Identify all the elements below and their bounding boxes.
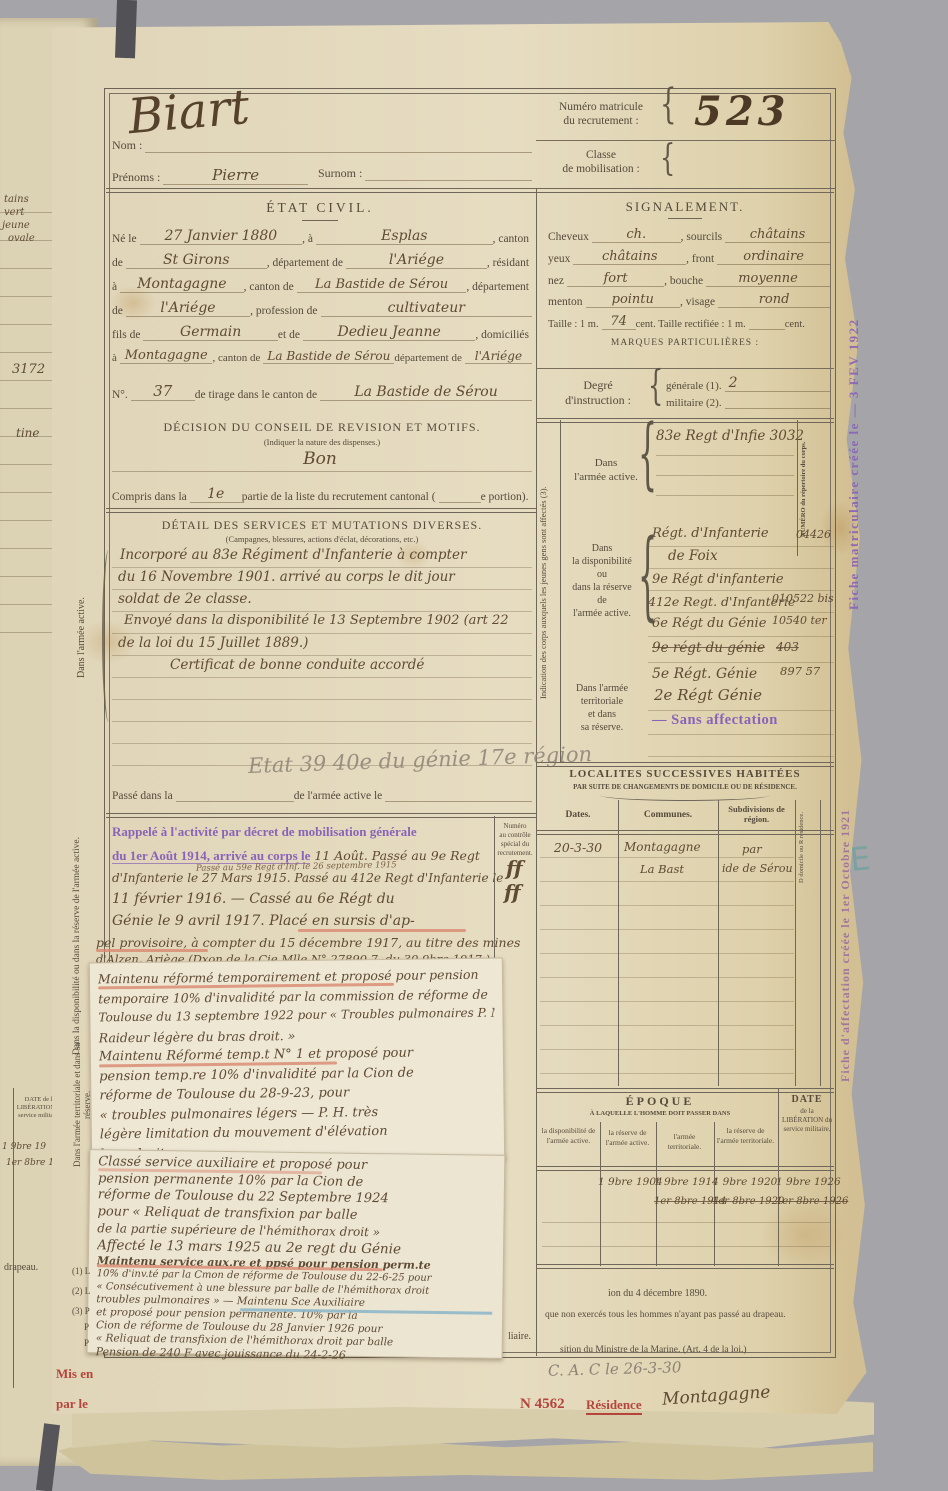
corps-active-label: Dans l'armée active. <box>572 456 640 484</box>
classe-label-line2: de mobilisation : <box>562 163 639 175</box>
name-label: Nom : <box>112 138 145 153</box>
epoque-date-label: DATE <box>780 1094 834 1105</box>
pasted-note-1922-1923: Maintenu réformé temporairement et propo… <box>89 957 505 1164</box>
field-label: à <box>112 352 120 364</box>
matricule-label: Numéro matricule du recrutement : <box>546 100 656 128</box>
birth-date-value: 27 Janvier 1880 <box>140 228 303 245</box>
mobilisation-entry: pel provisoire, à compter du 15 décembre… <box>96 935 520 950</box>
field-label: Compris dans la <box>112 491 190 503</box>
parents-departement-value: l'Ariége <box>465 349 532 364</box>
front-value: ordinaire <box>717 249 830 265</box>
field-label: , canton de <box>244 281 297 293</box>
epoque-value-struck: 1er 8bre 1920 <box>712 1196 778 1207</box>
field-label: , front <box>686 253 717 265</box>
service-entry: Incorporé au 83e Régiment d'Infanterie à… <box>120 547 466 563</box>
armee-active-margin-label: Dans l'armée active. <box>76 558 90 718</box>
signalement-row: Cheveux ch. , sourcils châtains <box>548 227 830 243</box>
localites-subtitle: PAR SUITE DE CHANGEMENTS DE DOMICILE OU … <box>552 783 818 791</box>
bookmark-ribbon <box>115 0 137 58</box>
bottom-print-fragment: liaire. <box>508 1331 531 1342</box>
corps-label-line: Dans <box>592 543 613 554</box>
blank-rule <box>656 495 794 496</box>
blank-rule <box>648 710 834 711</box>
pencil-cac-note: C. A. C le 26-3-30 <box>548 1358 682 1379</box>
epoque-col-header: la réserve de l'armée active. <box>601 1128 654 1147</box>
sans-affectation-stamp: — Sans affectation <box>652 712 778 729</box>
footnote-marker: (2) L <box>72 1286 90 1296</box>
localites-col-dates: Dates. <box>540 810 616 820</box>
field-label: e portion). <box>481 491 532 503</box>
instruction-label: Degré d'instruction : <box>552 378 644 408</box>
service-entry: du 16 Novembre 1901. arrivé au corps le … <box>118 569 455 585</box>
decision-title: DÉCISION DU CONSEIL DE REVISION ET MOTIF… <box>122 420 522 435</box>
taille-row: Taille : 1 m. 74 cent. Taille rectifiée … <box>548 314 830 330</box>
firstname-value: Pierre <box>163 166 308 185</box>
firstname-label: Prénoms : <box>112 170 163 185</box>
nez-value: fort <box>567 271 664 287</box>
title-rule <box>302 220 338 221</box>
field-label: , profession de <box>250 305 320 317</box>
field-label: Taille : 1 m. <box>548 319 602 330</box>
field-label: yeux <box>548 253 573 265</box>
corps-dispo-entry: 5e Régt. Génie <box>652 666 757 682</box>
blank-rule <box>656 475 794 476</box>
mobilisation-entry: d'Infanterie le 27 Mars 1915. Passé au 4… <box>112 871 503 885</box>
paraphe-mark: ff <box>506 856 523 880</box>
section-divider <box>106 508 536 513</box>
blank-rule <box>648 546 834 547</box>
controle-column-label: Numéro au contrôle spécial du recrutemen… <box>496 822 534 858</box>
blank-rule <box>648 612 834 613</box>
mobilisation-entry: 11 février 1916. — Cassé au 6e Régt du <box>112 891 395 907</box>
corps-dispo-entry-struck: 9e régt du génie <box>652 640 765 656</box>
corps-label-line: l'armée active. <box>573 608 631 619</box>
service-entry: Certificat de bonne conduite accordé <box>170 657 424 673</box>
footnote-marker: (1) L <box>72 1266 90 1276</box>
matricule-label-line2: du recrutement : <box>563 115 638 127</box>
underpage-fragment: jeune <box>2 220 30 231</box>
title-rule <box>668 218 702 219</box>
section-divider <box>106 813 536 818</box>
corps-label-line: Dans l'armée <box>576 683 628 694</box>
residence-label: Résidence <box>586 1397 642 1415</box>
footnote-marker: (3) P <box>72 1306 90 1316</box>
surname-field: Surnom : <box>318 166 532 181</box>
corps-label-line: sa réserve. <box>581 722 623 733</box>
field-label: cent. Taille rectifiée : 1 m. <box>636 319 749 330</box>
classe-label-line1: Classe <box>586 149 616 161</box>
controle-label-line: au contrôle <box>499 831 530 839</box>
field-label: département de <box>394 352 465 364</box>
mother-name-value: Dedieu Jeanne <box>303 324 475 341</box>
parents-canton-value: La Bastide de Sérou <box>263 349 394 364</box>
corps-label-line: Dans <box>595 457 618 469</box>
matricule-value: 523 <box>694 88 790 135</box>
profession-line: de l'Ariége , profession de cultivateur <box>112 300 532 317</box>
compris-line: Compris dans la 1e partie de la liste du… <box>112 486 532 503</box>
field-label: Cheveux <box>548 231 592 243</box>
pasted-note-1924-1926: Classé service auxiliaire et proposé pou… <box>87 1149 506 1359</box>
corps-active-value: 83e Regt d'Infie 3032 <box>656 428 804 444</box>
visage-value: rond <box>718 292 830 308</box>
field-label: , à <box>302 233 316 245</box>
underpage-fragment: vert <box>4 207 24 218</box>
field-label: Né le <box>112 233 140 245</box>
corps-label-line: la disponibilité <box>572 556 632 567</box>
underpage-fragment: 3172 <box>12 362 45 377</box>
field-label: , visage <box>680 296 718 308</box>
field-label: de <box>112 305 126 317</box>
passe-blank-2 <box>385 801 532 802</box>
bottom-print-fragment: ion du 4 décembre 1890. <box>608 1288 707 1299</box>
corps-label-line: et dans <box>588 709 616 720</box>
corps-active-brace: { <box>638 410 657 501</box>
bottom-print-fragment: sition du Ministre de la Marine. (Art. 4… <box>560 1345 747 1355</box>
territoriale-margin-label: Dans l'armée territoriale et dans sa rés… <box>72 1030 92 1180</box>
scanned-military-register-page: tains vert jeune ovale 3172 tine DATE de… <box>0 0 948 1491</box>
field-label: générale (1). <box>666 380 725 392</box>
services-subtitle: (Campagnes, blessures, actions d'éclat, … <box>112 534 532 544</box>
epoque-value: 1 9bre 1926 <box>776 1176 836 1188</box>
corps-territoriale-label: Dans l'armée territoriale et dans sa rés… <box>564 682 640 734</box>
fiche-affectation-stamp: Fiche d'affectation créée le 1er Octobre… <box>838 702 856 1188</box>
matricule-divider <box>536 140 836 141</box>
matricule-brace: { <box>660 81 677 129</box>
blank-rule <box>648 590 834 591</box>
epoque-value: 1 9bre 1920 <box>712 1176 778 1188</box>
corps-label-line: de <box>597 595 606 606</box>
marques-label: MARQUES PARTICULIÈRES : <box>560 338 810 348</box>
parents-residence-value: Montagagne <box>120 348 213 364</box>
cheveux-value: ch. <box>592 227 681 243</box>
birth-line-2: de St Girons , département de l'Ariége ,… <box>112 252 532 269</box>
margin-brace <box>102 550 113 722</box>
signalement-row: nez fort , bouche moyenne <box>548 271 830 287</box>
birth-place-value: Esplas <box>316 228 493 245</box>
taille-rectifiee-blank <box>749 329 785 330</box>
localites-col-communes: Communes. <box>620 810 716 820</box>
localites-col-border <box>795 800 796 1086</box>
epoque-value-struck: 1er 8bre 1914 <box>654 1196 714 1207</box>
signalement-row: yeux châtains , front ordinaire <box>548 249 830 265</box>
signalement-title: SIGNALEMENT. <box>560 199 810 215</box>
surname-label: Surnom : <box>318 166 365 181</box>
instruction-label-line: Degré <box>583 378 612 392</box>
localites-subdiv-value: ide de Sérou <box>722 862 793 875</box>
name-field: Nom : <box>112 138 532 153</box>
red-underline <box>96 949 208 952</box>
localites-subdiv-value: par <box>742 842 762 856</box>
epoque-top-border <box>536 1088 834 1093</box>
localites-col-dr: D domicile ou R résidence. <box>798 802 818 894</box>
signalement-row: menton pointu , visage rond <box>548 292 830 308</box>
instruction-militaire-blank <box>725 408 830 409</box>
field-label: , résidant <box>487 257 532 269</box>
localites-commune-value: La Bast <box>640 862 684 876</box>
footnote-marker: P <box>84 1322 89 1332</box>
profession-value: cultivateur <box>321 300 532 317</box>
epoque-col-header: la réserve de l'armée territoriale. <box>715 1126 776 1145</box>
tirage-number-value: 37 <box>131 382 195 401</box>
yeux-value: châtains <box>573 249 686 265</box>
matricule-label-line1: Numéro matricule <box>559 101 643 113</box>
field-label: , canton <box>493 233 532 245</box>
mobilisation-entry: Génie le 9 avril 1917. Placé en sursis d… <box>112 913 415 929</box>
corps-dispo-number: 04426 <box>796 528 831 541</box>
bottom-print-fragment: que non exercés tous les hommes n'ayant … <box>545 1310 785 1320</box>
section-divider <box>536 762 834 767</box>
section-divider <box>536 418 834 423</box>
tirage-canton-value: La Bastide de Sérou <box>320 384 532 401</box>
underpage-fragment: tains <box>4 194 29 205</box>
etat-civil-title: ÉTAT CIVIL. <box>220 200 420 216</box>
blank-rule <box>112 471 532 472</box>
section-divider <box>536 368 834 369</box>
field-label: , canton de <box>212 352 263 364</box>
epoque-value: 1 9bre 1904 <box>598 1176 656 1188</box>
field-label: de tirage dans le canton de <box>195 389 320 401</box>
passe-line: Passé dans la de l'armée active le <box>112 790 532 802</box>
localites-title: LOCALITES SUCCESSIVES HABITÉES <box>552 768 818 780</box>
underpage-column-line <box>13 1088 14 1388</box>
corps-label-divider <box>560 420 561 762</box>
portion-blank <box>439 502 481 503</box>
decision-value: Bon <box>260 449 380 469</box>
service-entry: de la loi du 15 Juillet 1889.) <box>118 635 308 651</box>
underpage-drapeau-text: drapeau. <box>4 1262 38 1273</box>
corps-dispo-label: Dans la disponibilité ou dans la réserve… <box>564 542 640 620</box>
canton-value: St Girons <box>126 252 267 269</box>
red-left-fragment: Mis en <box>56 1366 93 1382</box>
decision-subtitle: (Indiquer la nature des dispenses.) <box>122 437 522 447</box>
field-label: cent. <box>785 319 808 330</box>
blank-rule <box>648 734 834 735</box>
parents-line: fils de Germain et de Dedieu Jeanne , do… <box>112 324 532 341</box>
birth-line-1: Né le 27 Janvier 1880 , à Esplas , canto… <box>112 228 532 245</box>
field-label: militaire (2). <box>666 397 725 409</box>
departement-value: l'Ariége <box>346 252 487 269</box>
services-title: DÉTAIL DES SERVICES ET MUTATIONS DIVERSE… <box>112 518 532 533</box>
tirage-line: N°. 37 de tirage dans le canton de La Ba… <box>112 382 532 401</box>
name-signature: Biart <box>126 79 252 145</box>
fiche-matriculaire-stamp: Fiche matriculaire créée le — 3 FEV 1922 <box>846 232 866 696</box>
epoque-title: ÉPOQUE <box>545 1094 775 1109</box>
blank-rule <box>648 756 834 757</box>
corps-label-line: ou <box>597 569 607 580</box>
instruction-militaire-row: militaire (2). <box>666 397 830 409</box>
passe-blank-1 <box>176 801 294 802</box>
field-label: fils de <box>112 329 143 341</box>
underpage-fragment: tine <box>16 426 40 440</box>
residence-value: Montagagne <box>120 276 243 293</box>
underpage-hw-date: 1 9bre 19 <box>2 1142 46 1152</box>
epoque-value-struck: 1er 8bre 1926 <box>776 1196 836 1207</box>
blank-rule <box>542 1246 830 1247</box>
field-label: , domiciliés <box>475 329 532 341</box>
field-label: et de <box>278 329 303 341</box>
blank-rule <box>648 636 834 637</box>
firstname-field: Prénoms : Pierre <box>112 166 308 185</box>
field-label: , département de <box>267 257 346 269</box>
corps-dispo-number: 897 57 <box>780 664 820 678</box>
red-number: N 4562 <box>520 1396 565 1413</box>
corps-dispo-number: 10540 ter <box>772 614 827 627</box>
controle-label-line: Numéro <box>504 822 527 830</box>
surname-underline <box>365 180 532 181</box>
field-label: Passé dans la <box>112 790 176 802</box>
menton-value: pointu <box>586 292 681 308</box>
underpage-fragment: ovale <box>8 233 35 244</box>
epoque-value: 1 9bre 1914 <box>654 1176 714 1188</box>
instruction-generale-value: 2 <box>725 375 830 392</box>
field-label: , sourcils <box>681 231 726 243</box>
localites-date-value: 20-3-30 <box>540 840 616 855</box>
father-name-value: Germain <box>143 324 277 341</box>
service-entry: soldat de 2e classe. <box>118 591 252 607</box>
bouche-value: moyenne <box>706 271 830 287</box>
corps-dispo-number: 403 <box>776 640 799 654</box>
corps-dispo-entry: 9e Régt d'infanterie <box>652 572 784 587</box>
field-label: de l'armée active le <box>294 790 386 802</box>
epoque-date-label-rest: de la LIBÉRATION du service militaire. <box>780 1107 834 1134</box>
corps-dispo-entry: de Foix <box>668 548 718 564</box>
residence-line-1: à Montagagne , canton de La Bastide de S… <box>112 276 532 293</box>
corps-dispo-entry: 6e Régt du Génie <box>652 616 766 631</box>
blue-crayon-mark: E <box>848 839 872 879</box>
classe-brace: { <box>660 137 675 179</box>
epoque-header-divider <box>536 1166 834 1171</box>
tirage-label: N°. <box>112 389 131 401</box>
liste-partie-value: 1e <box>190 486 242 503</box>
paraphe-mark: ff <box>504 880 521 904</box>
field-label: menton <box>548 296 586 308</box>
corps-territoriale-value: 2e Régt Génie <box>654 686 762 704</box>
footnote-marker: P <box>84 1338 89 1348</box>
blank-rule <box>542 1222 830 1223</box>
main-column-divider <box>536 188 537 1356</box>
localites-col-border <box>820 800 821 1086</box>
corps-dispo-entry: Régt. d'Infanterie <box>652 526 769 541</box>
field-label: , bouche <box>664 275 706 287</box>
corps-dispo-number: 010522 bis <box>772 592 834 605</box>
red-underline <box>298 929 466 932</box>
localites-commune-value: Montagagne <box>624 840 701 854</box>
corps-label-line: l'armée active. <box>574 471 638 483</box>
red-left-fragment: par le <box>56 1396 88 1412</box>
taille-value: 74 <box>602 314 636 330</box>
epoque-col-header: la disponibilité de l'armée active. <box>539 1126 598 1145</box>
residence-departement-value: l'Ariége <box>126 300 250 317</box>
corps-label-line: dans la réserve <box>572 582 631 593</box>
underpage-hw-date: 1er 8bre 19 <box>6 1158 60 1168</box>
service-entry: Envoyé dans la disponibilité le 13 Septe… <box>124 613 509 628</box>
corps-vertical-label: Indication des corps auxquels les jeunes… <box>538 430 556 756</box>
instruction-brace: { <box>648 362 663 410</box>
localites-col-subdiv: Subdivisions de région. <box>720 804 793 824</box>
classe-label: Classe de mobilisation : <box>546 148 656 176</box>
instruction-label-line: d'instruction : <box>565 393 631 407</box>
corps-label-line: territoriale <box>581 696 623 707</box>
field-label: , département <box>466 281 532 293</box>
field-label: nez <box>548 275 567 287</box>
field-label: de <box>112 257 126 269</box>
matricule-box: Numéro matricule du recrutement : { 523 … <box>536 92 836 189</box>
mobilisation-stamp-line1: Rappelé à l'activité par décret de mobil… <box>112 824 417 840</box>
blank-rule <box>656 455 794 456</box>
field-label: à <box>112 281 120 293</box>
controle-label-line: spécial du <box>501 840 529 848</box>
field-label: partie de la liste du recrutement canton… <box>242 491 439 503</box>
blank-rule <box>648 662 834 663</box>
epoque-col-header: l'armée territoriale. <box>657 1132 712 1151</box>
parents-residence-line: à Montagagne , canton de La Bastide de S… <box>112 348 532 364</box>
instruction-generale-row: générale (1). 2 <box>666 375 830 392</box>
residence-canton-value: La Bastide de Sérou <box>297 277 467 293</box>
epoque-subtitle: À LAQUELLE L'HOMME DOIT PASSER DANS <box>545 1110 775 1117</box>
epoque-bottom-border <box>536 1264 834 1269</box>
blank-rule <box>648 568 834 569</box>
sourcils-value: châtains <box>725 227 830 243</box>
name-underline <box>145 152 532 153</box>
